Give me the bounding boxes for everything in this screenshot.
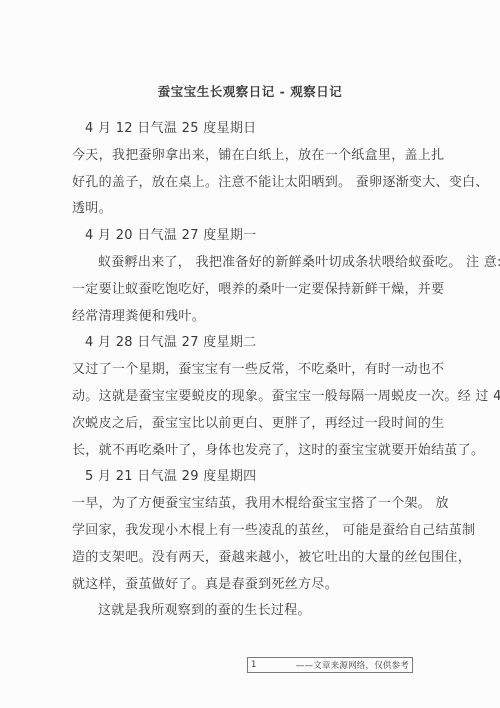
body-line: 造的支架吧。没有两天，蚕越来越小，被它吐出的大量的丝包围住， bbox=[72, 545, 444, 572]
body-line: 动。这就是蚕宝宝要蜕皮的现象。蚕宝宝一般每隔一周蜕皮一次。经 过 4 bbox=[72, 384, 444, 411]
body-line: 学回家，我发现小木棍上有一些凌乱的茧丝， 可能是蚕给自己结茧制 bbox=[72, 518, 444, 545]
document-title: 蚕宝宝生长观察日记 - 观察日记 bbox=[0, 82, 500, 100]
body-line: 好孔的盖子，放在桌上。注意不能让太阳晒到。 蚕卵逐渐变大、变白、 bbox=[72, 170, 444, 197]
body-line: 一定要让蚁蚕吃饱吃好，喂养的桑叶一定要保持新鲜干燥，并要 bbox=[72, 277, 444, 304]
body-line: 又过了一个星期，蚕宝宝有一些反常，不吃桑叶，有时一动也不 bbox=[72, 357, 444, 384]
date-heading: 4 月 28 日气温 27 度星期二 bbox=[72, 330, 444, 357]
body-line: 一早，为了方便蚕宝宝结茧，我用木棍给蚕宝宝搭了一个架。 放 bbox=[72, 491, 444, 518]
page-number: 1 bbox=[251, 660, 256, 670]
page-footer: 1 ——文章来源网络，仅供参考 bbox=[247, 657, 413, 673]
document-lines: 4 月 12 日气温 25 度星期日今天，我把蚕卵拿出来，铺在白纸上，放在一个纸… bbox=[72, 116, 444, 625]
document-page: 蚕宝宝生长观察日记 - 观察日记 4 月 12 日气温 25 度星期日今天，我把… bbox=[0, 0, 500, 708]
body-line: 今天，我把蚕卵拿出来，铺在白纸上，放在一个纸盒里，盖上扎 bbox=[72, 143, 444, 170]
body-line: 经常清理粪便和残叶。 bbox=[72, 304, 444, 331]
body-line: 蚁蚕孵出来了， 我把准备好的新鲜桑叶切成条状喂给蚁蚕吃。 注 意: bbox=[72, 250, 444, 277]
body-line: 就这样，蚕茧做好了。真是春蚕到死丝方尽。 bbox=[72, 572, 444, 599]
date-heading: 5 月 21 日气温 29 度星期四 bbox=[72, 464, 444, 491]
body-line: 长，就不再吃桑叶了，身体也发亮了，这时的蚕宝宝就要开始结茧了。 bbox=[72, 438, 444, 465]
source-note: ——文章来源网络，仅供参考 bbox=[296, 659, 409, 671]
body-line: 这就是我所观察到的蚕的生长过程。 bbox=[72, 598, 444, 625]
body-line: 次蜕皮之后，蚕宝宝比以前更白、更胖了，再经过一段时间的生 bbox=[72, 411, 444, 438]
date-heading: 4 月 20 日气温 27 度星期一 bbox=[72, 223, 444, 250]
date-heading: 4 月 12 日气温 25 度星期日 bbox=[72, 116, 444, 143]
body-line: 透明。 bbox=[72, 196, 444, 223]
